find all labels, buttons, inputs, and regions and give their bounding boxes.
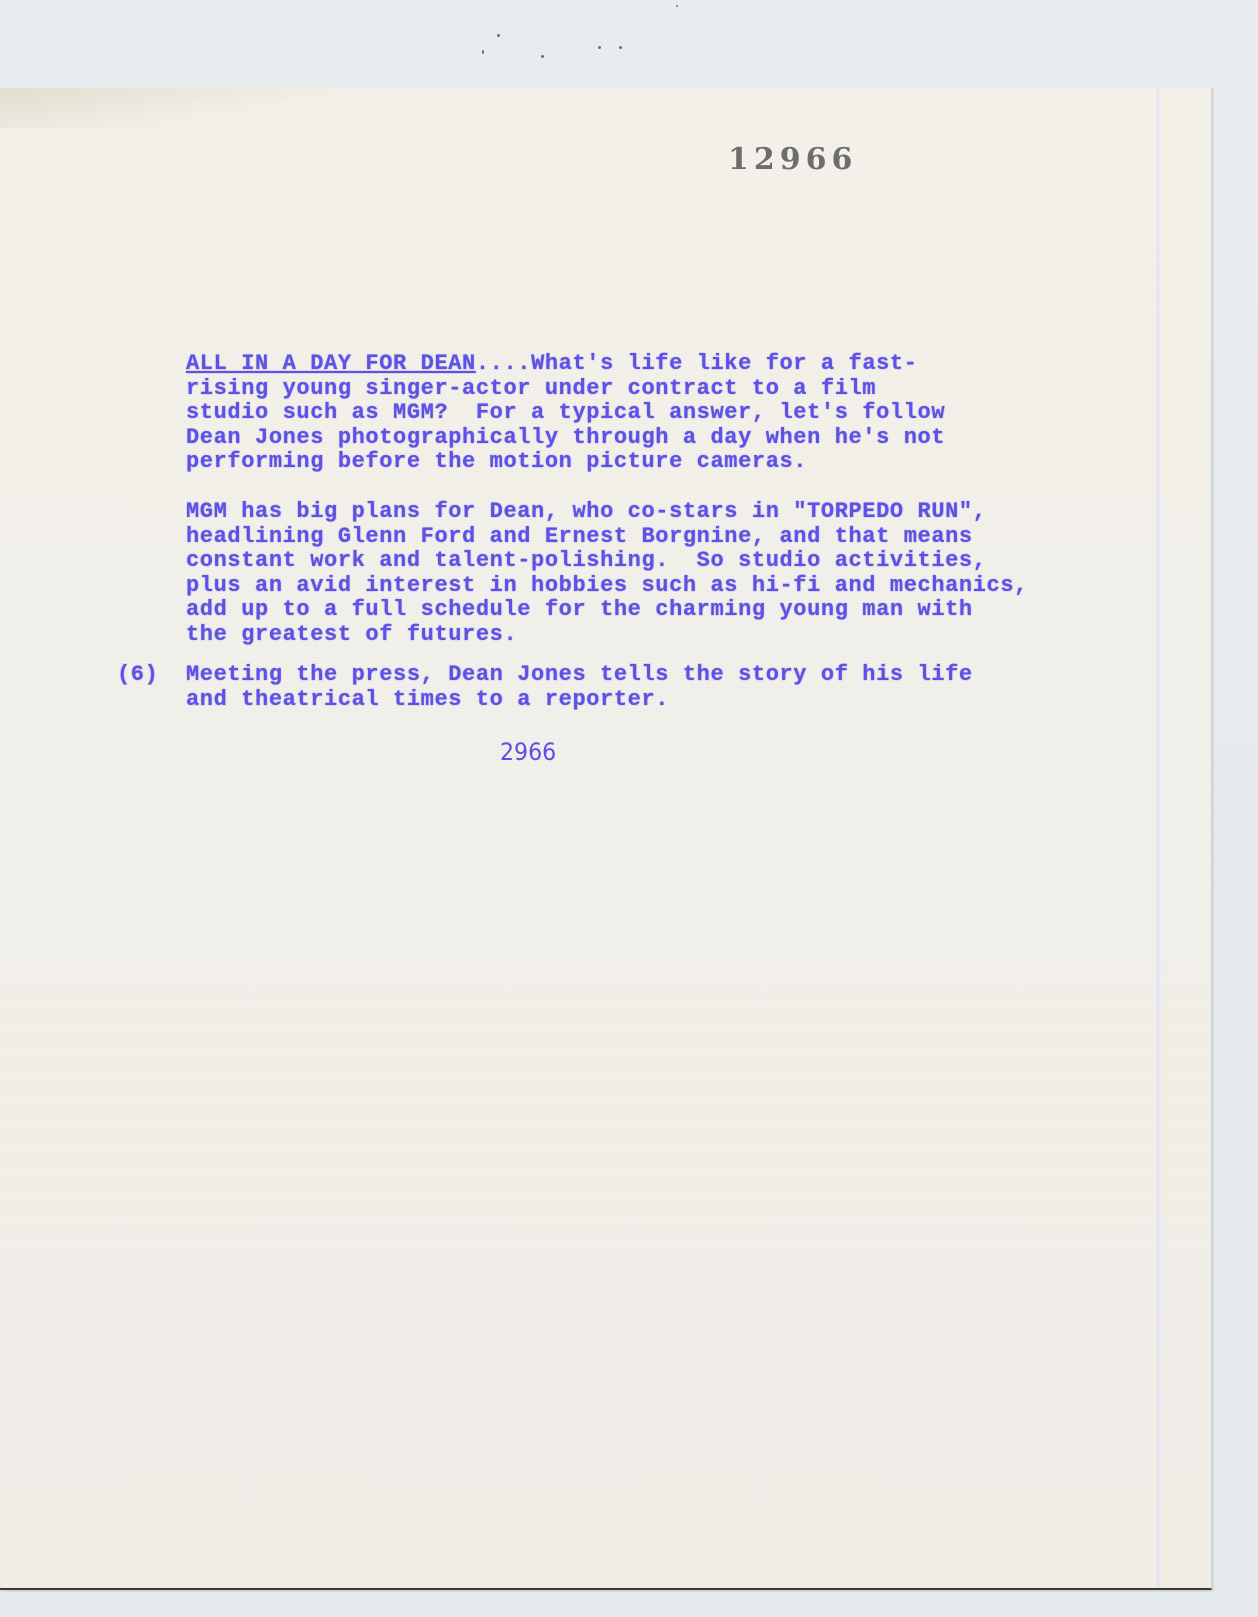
intro-line-5: performing before the motion picture cam… [186, 450, 945, 475]
dust-speck [619, 46, 622, 49]
intro-line-1: ALL IN A DAY FOR DEAN....What's life lik… [186, 352, 945, 377]
dust-speck [598, 46, 601, 49]
body-line-4: plus an avid interest in hobbies such as… [186, 574, 1028, 599]
body-line-2: headlining Glenn Ford and Ernest Borgnin… [186, 525, 1028, 550]
body-line-6: the greatest of futures. [186, 623, 1028, 648]
intro-line-2: rising young singer-actor under contract… [186, 377, 945, 402]
body-line-5: add up to a full schedule for the charmi… [186, 598, 1028, 623]
headline: ALL IN A DAY FOR DEAN [186, 351, 476, 376]
body-line-1: MGM has big plans for Dean, who co-stars… [186, 500, 1028, 525]
caption-line-2: and theatrical times to a reporter. [186, 688, 973, 713]
stamp-number: 12966 [728, 142, 857, 177]
body-paragraph: MGM has big plans for Dean, who co-stars… [186, 500, 1028, 647]
handwritten-number: 2966 [500, 738, 556, 766]
caption-line-1: Meeting the press, Dean Jones tells the … [186, 663, 973, 688]
intro-line-3: studio such as MGM? For a typical answer… [186, 401, 945, 426]
dust-speck [482, 50, 484, 54]
caption-number: (6) [117, 663, 158, 688]
dust-speck [676, 5, 678, 7]
dust-speck [541, 55, 544, 58]
dust-speck [497, 34, 500, 37]
intro-line-4: Dean Jones photographically through a da… [186, 426, 945, 451]
body-line-3: constant work and talent-polishing. So s… [186, 549, 1028, 574]
photo-caption: Meeting the press, Dean Jones tells the … [186, 663, 973, 712]
intro-paragraph: ALL IN A DAY FOR DEAN....What's life lik… [186, 352, 945, 475]
document-page [0, 88, 1212, 1590]
